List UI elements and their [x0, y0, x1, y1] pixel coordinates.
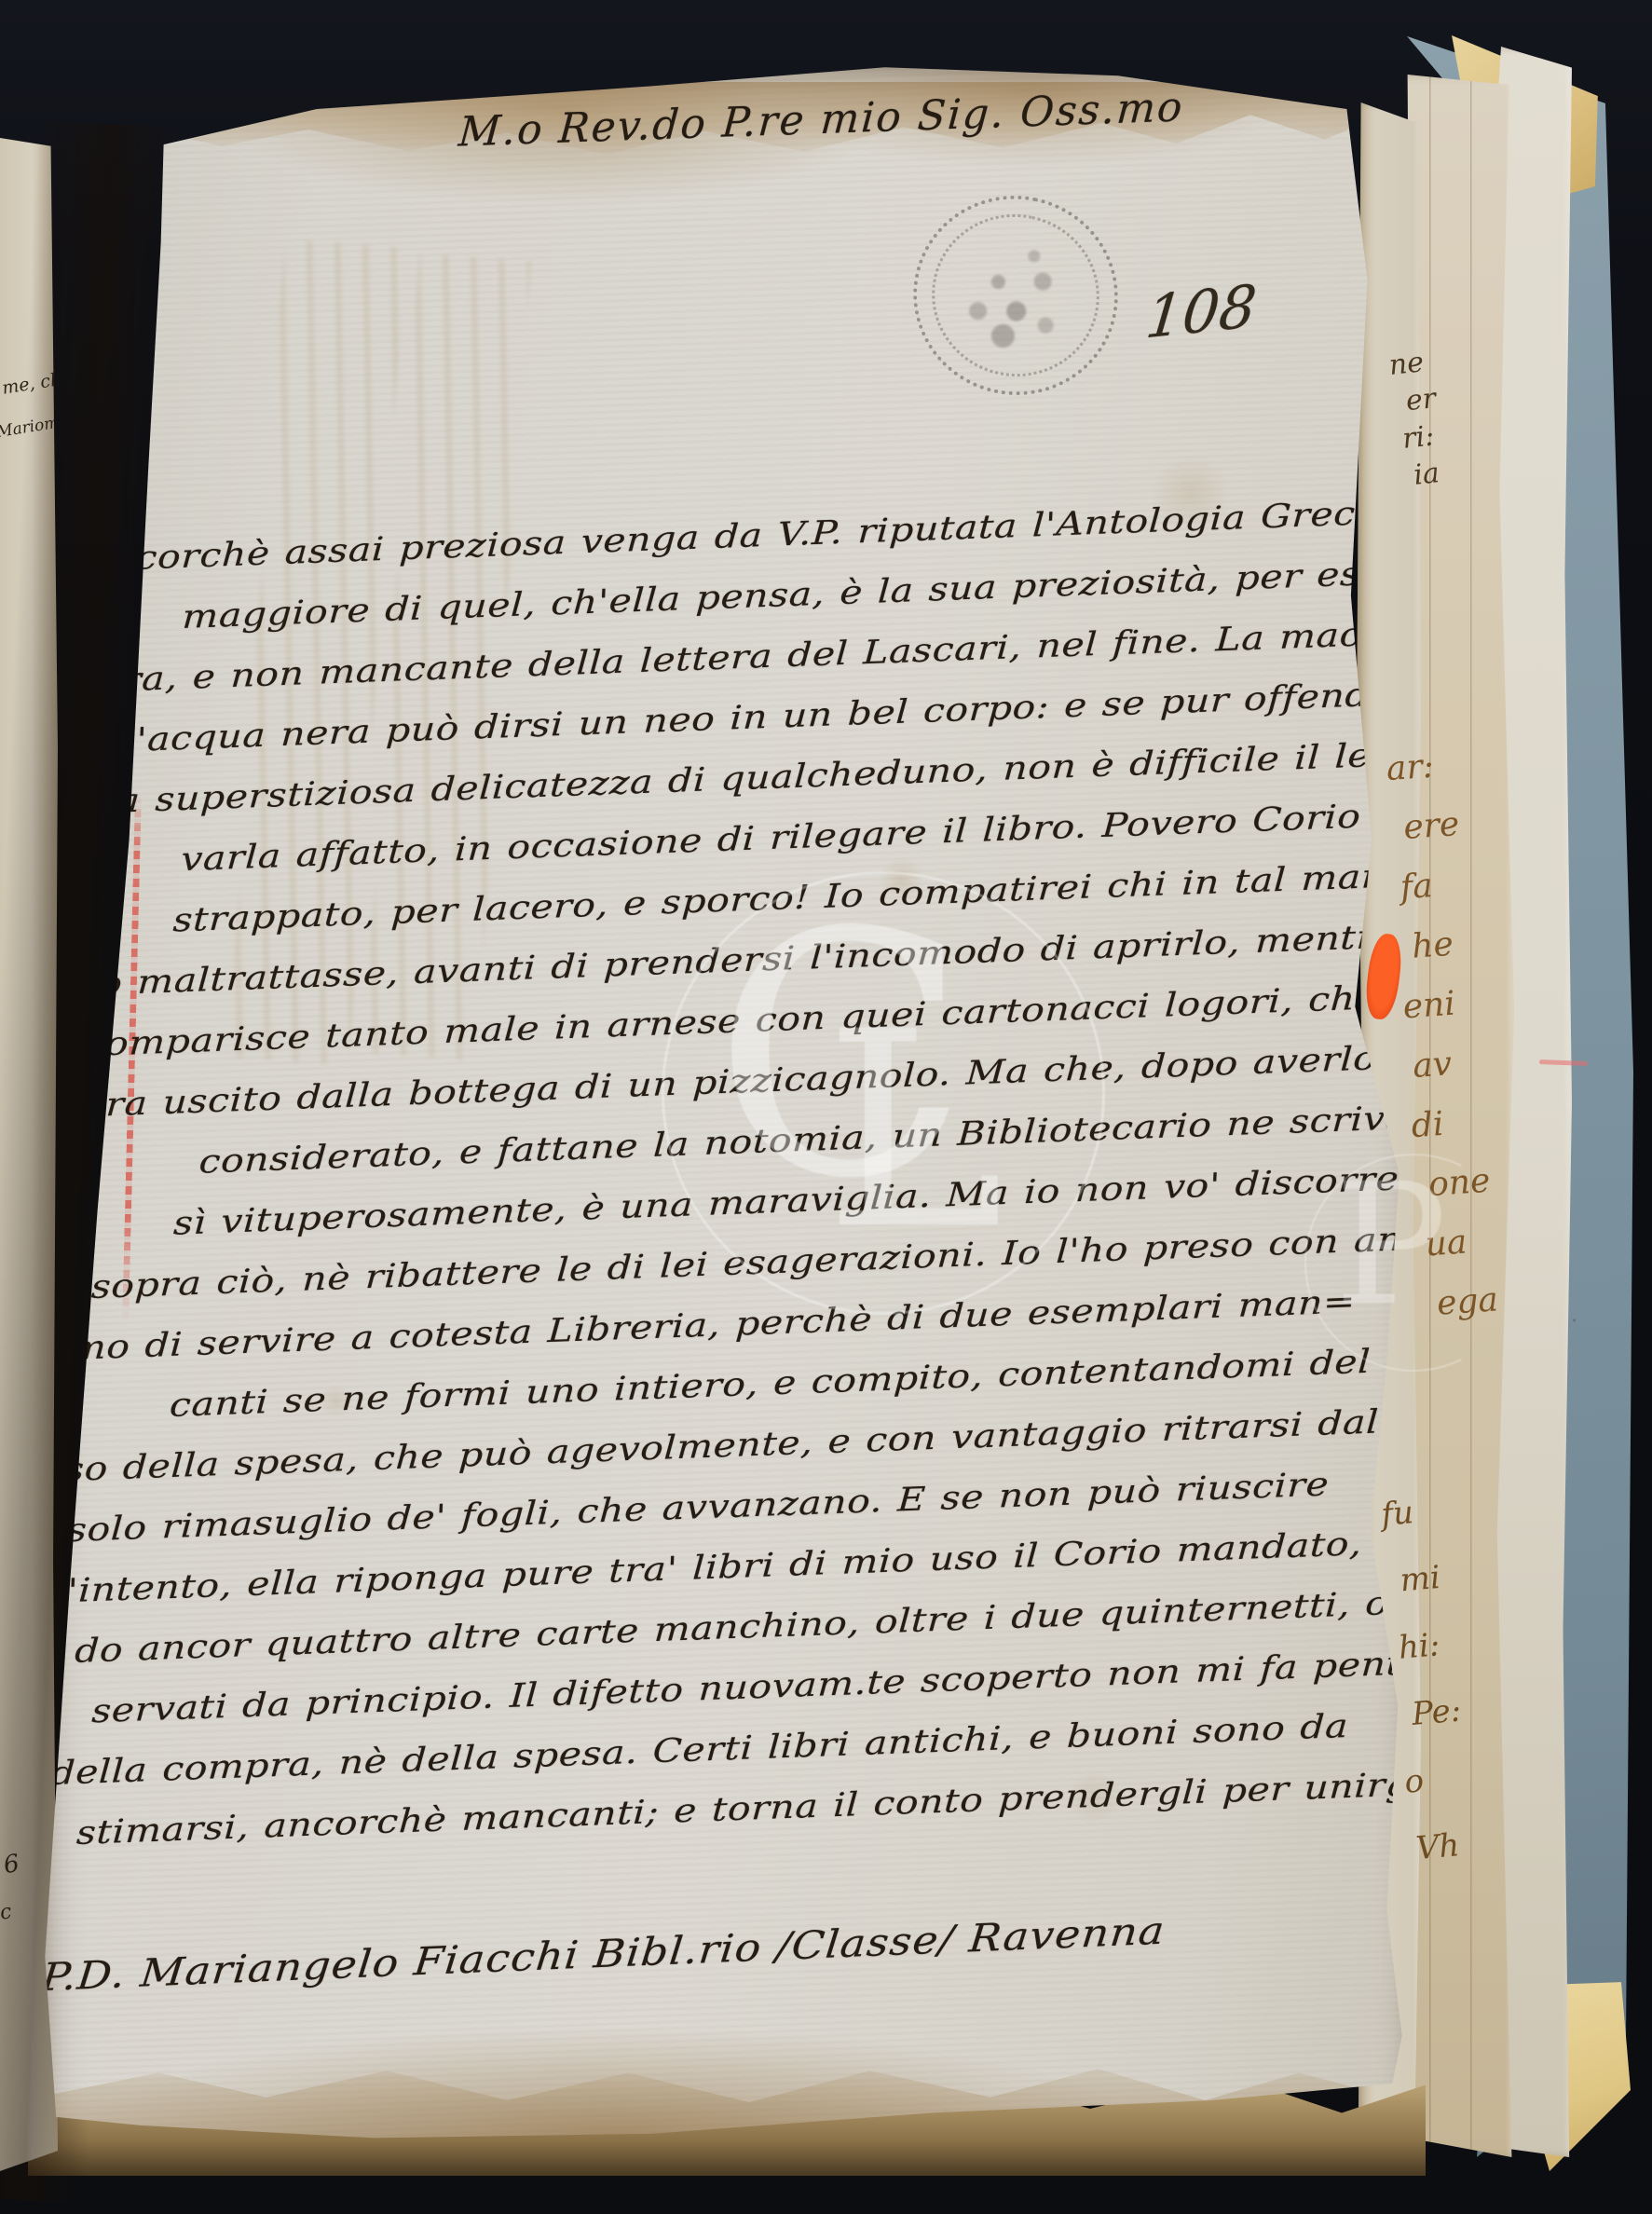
edge-fragment: av	[1411, 1032, 1502, 1097]
watermark-letter-l: L	[825, 975, 1004, 1289]
edge-fragment: di	[1410, 1090, 1507, 1156]
edge-fragment: hi:	[1396, 1607, 1489, 1682]
edge-fragment: o	[1401, 1741, 1500, 1815]
edge-fragment: ar:	[1385, 733, 1481, 799]
edge-fragment: Vh	[1413, 1808, 1507, 1882]
edge-fragment: fa	[1399, 853, 1490, 918]
edge-fragments-top: neerri:ia	[1387, 339, 1486, 497]
edge-fragment: fu	[1378, 1473, 1477, 1548]
edge-fragment: mi	[1398, 1540, 1483, 1614]
edge-fragment: ia	[1412, 450, 1486, 495]
watermark-monogram: C L	[662, 871, 1105, 1315]
archive-photo: neerri:ia ar:erefaheeniavdioneuaega fumi…	[0, 0, 1652, 2214]
edge-fragment: Pe:	[1409, 1674, 1495, 1748]
folio-number: 108	[1142, 271, 1259, 352]
watermark-fragment-letter: P	[1334, 1148, 1447, 1343]
edge-fragment: he	[1410, 912, 1494, 977]
edge-fragment: ere	[1401, 793, 1485, 858]
edge-fragment: eni	[1401, 972, 1498, 1038]
signature-line: P.D. Mariangelo Fiacchi Bibl.rio /Classe…	[39, 1907, 1167, 2000]
library-stamp	[894, 176, 1137, 414]
